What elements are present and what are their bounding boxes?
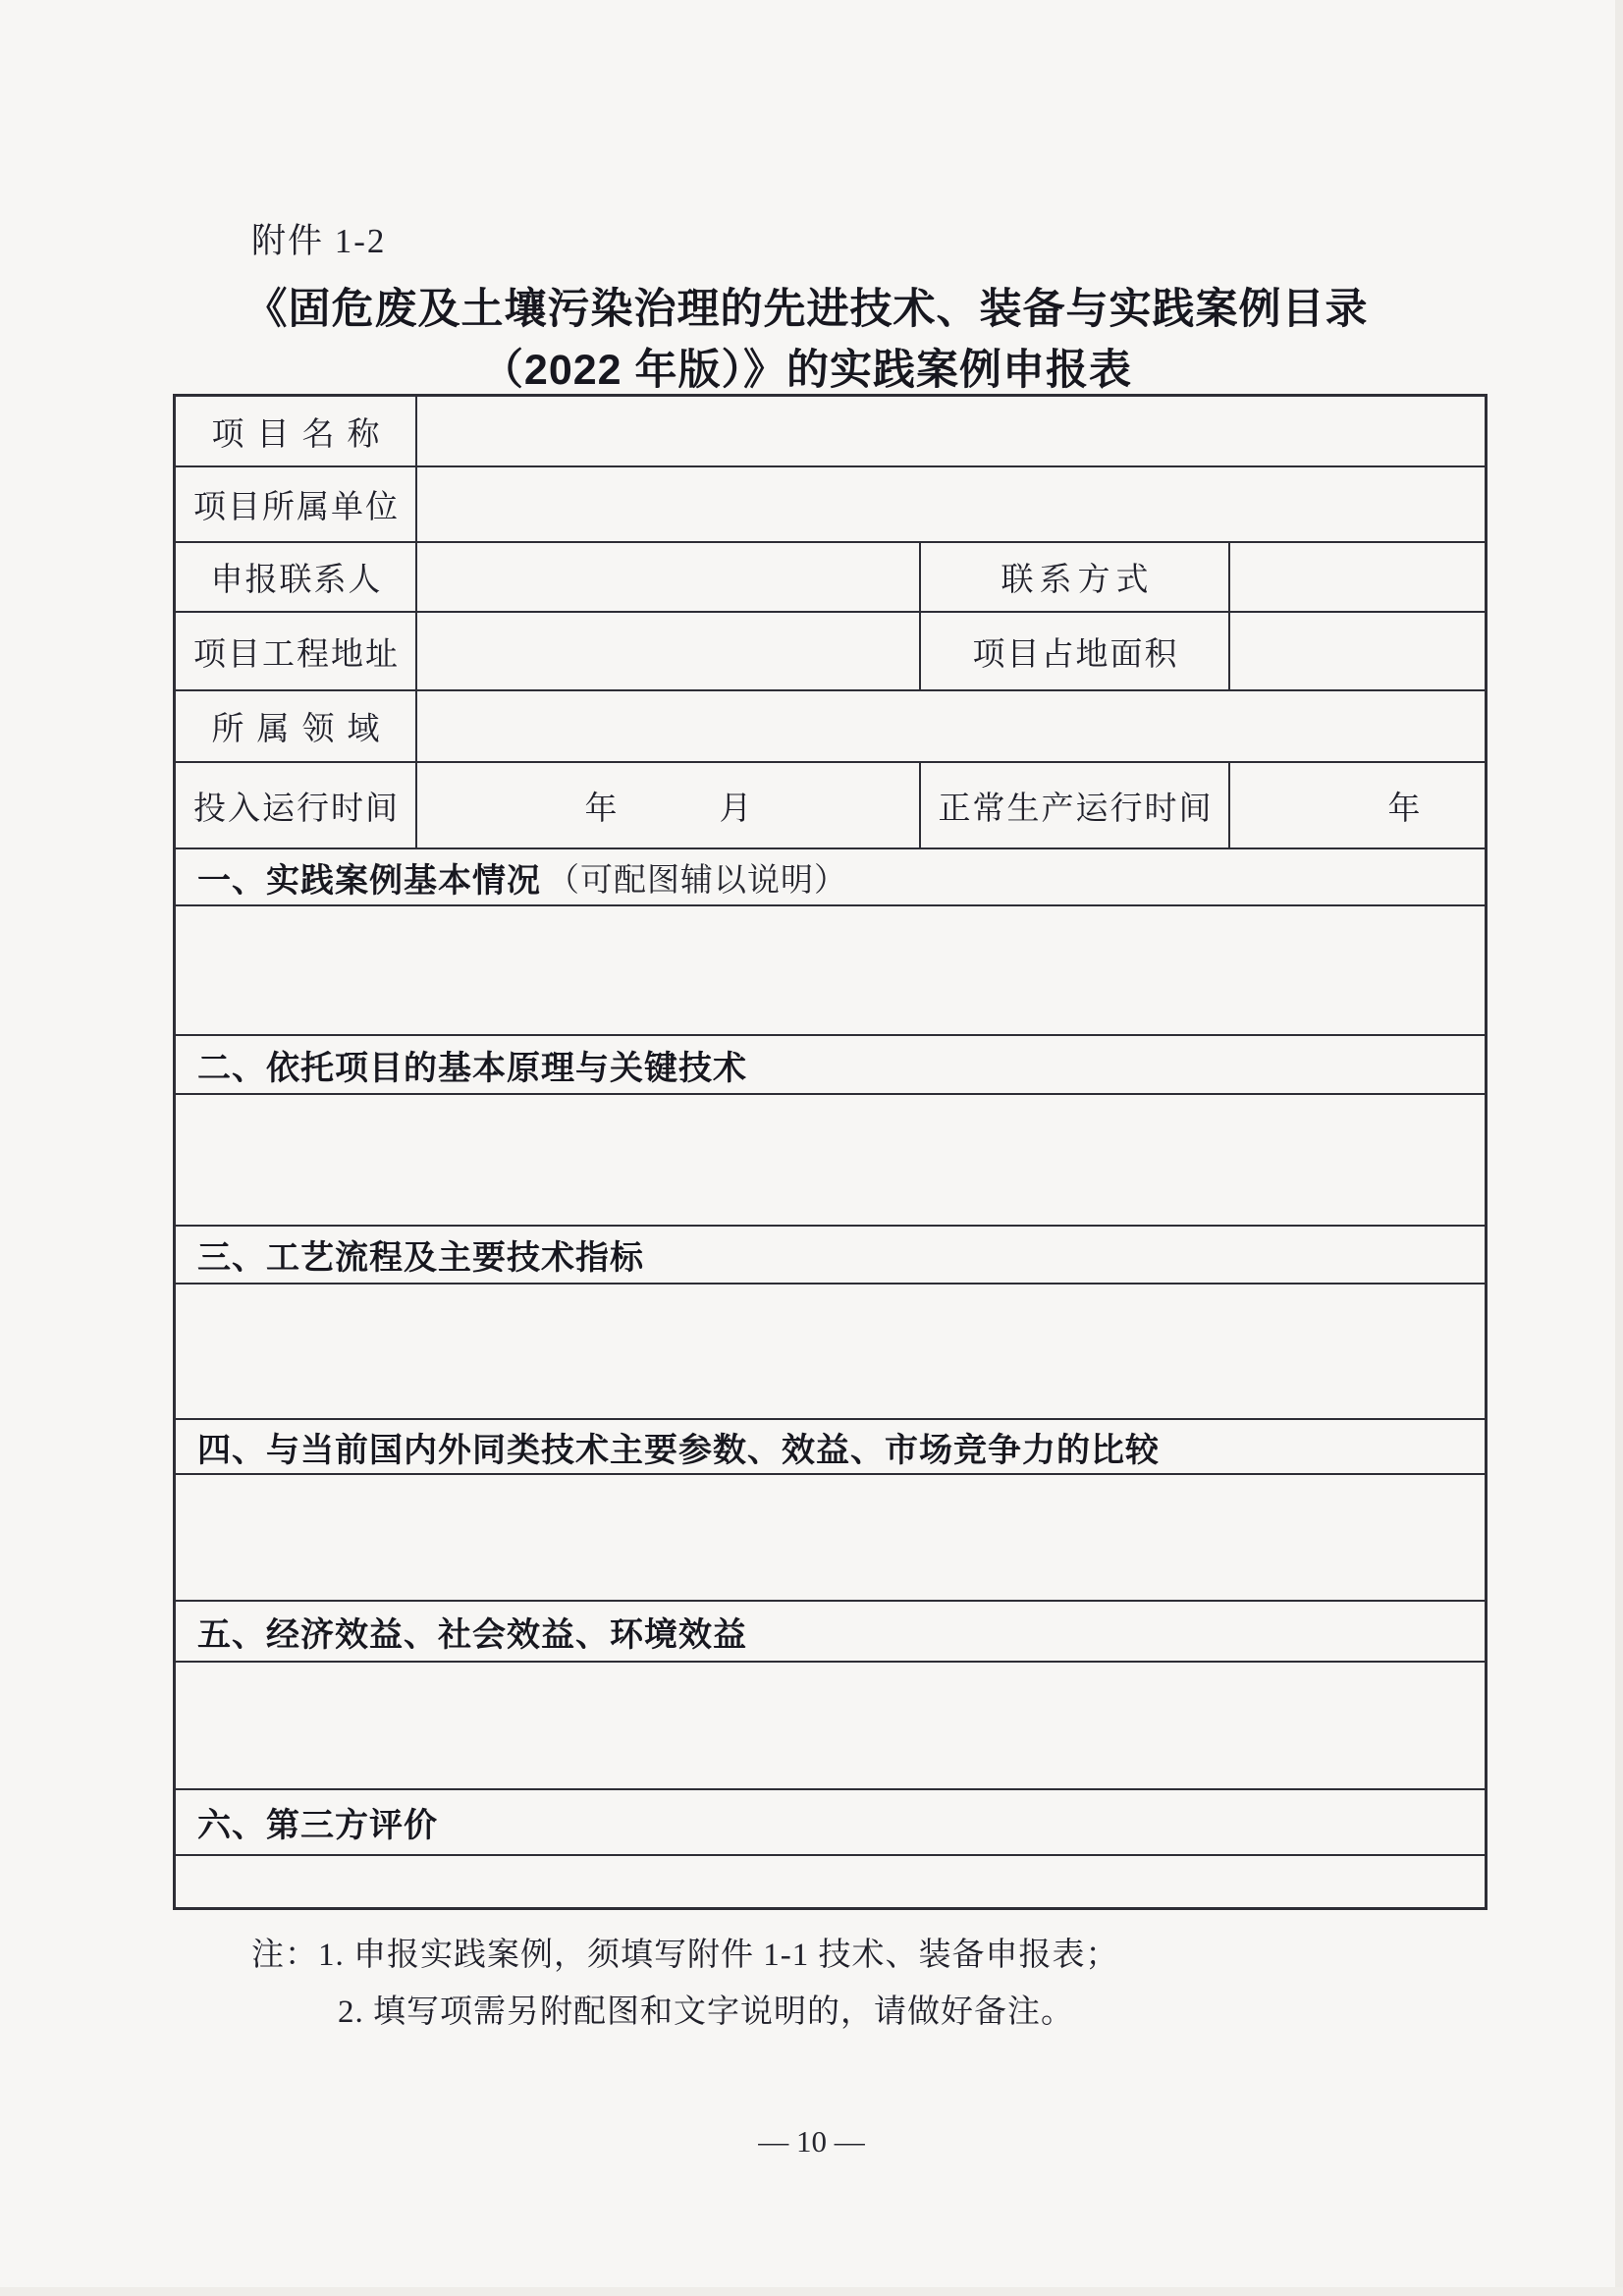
section-1-heading-note: （可配图辅以说明） <box>547 854 847 901</box>
page-number: — 10 — <box>0 2124 1623 2159</box>
project-name-field <box>417 397 1485 465</box>
scan-edge-bottom-artifact <box>0 2287 1623 2296</box>
normal-operation-label: 正常生产运行时间 <box>921 763 1230 847</box>
form-row-operation-time: 投入运行时间 年 月 正常生产运行时间 年 <box>176 763 1485 849</box>
project-address-label: 项目工程地址 <box>176 613 417 689</box>
year-unit-label: 年 <box>585 783 618 829</box>
project-unit-label: 项目所属单位 <box>176 467 417 541</box>
field-category-field <box>417 691 1485 761</box>
section-6-body-row <box>176 1856 1485 1907</box>
form-row-field-category: 所属领域 <box>176 691 1485 763</box>
footnote-line-2: 2. 填写项需另附配图和文字说明的，请做好备注。 <box>251 1984 1119 2041</box>
project-name-label: 项目名称 <box>176 397 417 465</box>
attachment-label: 附件 1-2 <box>251 214 386 263</box>
document-title: 《固危废及土壤污染治理的先进技术、装备与实践案例目录 （2022 年版）》的实践… <box>0 279 1613 401</box>
contact-person-label: 申报联系人 <box>176 543 417 611</box>
land-area-label: 项目占地面积 <box>921 613 1230 689</box>
operation-start-field: 年 月 <box>417 763 921 847</box>
section-3-heading-text: 三、工艺流程及主要技术指标 <box>197 1230 644 1279</box>
section-3-heading-row: 三、工艺流程及主要技术指标 <box>176 1227 1485 1285</box>
section-1-heading-row: 一、实践案例基本情况 （可配图辅以说明） <box>176 849 1485 906</box>
section-3-body-row <box>176 1285 1485 1420</box>
scanned-document-page: 附件 1-2 《固危废及土壤污染治理的先进技术、装备与实践案例目录 （2022 … <box>0 0 1623 2296</box>
section-5-heading-row: 五、经济效益、社会效益、环境效益 <box>176 1602 1485 1663</box>
section-1-body-row <box>176 906 1485 1036</box>
section-4-body-row <box>176 1475 1485 1602</box>
form-row-project-unit: 项目所属单位 <box>176 467 1485 543</box>
section-2-body <box>176 1095 1485 1225</box>
footnote-line-1: 注：1. 申报实践案例，须填写附件 1-1 技术、装备申报表； <box>251 1927 1119 1984</box>
scan-edge-right-artifact <box>1615 0 1623 2296</box>
section-2-body-row <box>176 1095 1485 1227</box>
section-6-heading-row: 六、第三方评价 <box>176 1790 1485 1856</box>
section-5-heading: 五、经济效益、社会效益、环境效益 <box>176 1602 1485 1661</box>
section-2-heading-text: 二、依托项目的基本原理与关键技术 <box>197 1041 747 1089</box>
section-1-body <box>176 906 1485 1034</box>
section-5-heading-text: 五、经济效益、社会效益、环境效益 <box>197 1608 747 1656</box>
land-area-field <box>1230 613 1485 689</box>
section-3-body <box>176 1285 1485 1418</box>
form-row-project-name: 项目名称 <box>176 397 1485 467</box>
contact-method-label: 联系方式 <box>921 543 1230 611</box>
section-5-body-row <box>176 1663 1485 1790</box>
section-4-heading-row: 四、与当前国内外同类技术主要参数、效益、市场竞争力的比较 <box>176 1420 1485 1475</box>
section-1-heading: 一、实践案例基本情况 （可配图辅以说明） <box>176 849 1485 904</box>
section-6-heading-text: 六、第三方评价 <box>197 1798 438 1846</box>
title-line-1: 《固危废及土壤污染治理的先进技术、装备与实践案例目录 <box>0 279 1613 340</box>
contact-person-field <box>417 543 921 611</box>
section-2-heading-row: 二、依托项目的基本原理与关键技术 <box>176 1036 1485 1095</box>
title-line-2: （2022 年版）》的实践案例申报表 <box>0 340 1613 401</box>
section-2-heading: 二、依托项目的基本原理与关键技术 <box>176 1036 1485 1093</box>
project-unit-field <box>417 467 1485 541</box>
normal-operation-field: 年 <box>1230 763 1485 847</box>
contact-method-field <box>1230 543 1485 611</box>
form-row-address: 项目工程地址 项目占地面积 <box>176 613 1485 691</box>
section-3-heading: 三、工艺流程及主要技术指标 <box>176 1227 1485 1283</box>
section-4-heading: 四、与当前国内外同类技术主要参数、效益、市场竞争力的比较 <box>176 1420 1485 1473</box>
section-5-body <box>176 1663 1485 1788</box>
month-unit-label: 月 <box>720 783 752 829</box>
section-4-body <box>176 1475 1485 1600</box>
operation-start-label: 投入运行时间 <box>176 763 417 847</box>
section-1-heading-text: 一、实践案例基本情况 <box>197 853 541 902</box>
application-form-table: 项目名称 项目所属单位 申报联系人 联系方式 项目工程地址 项目占地面积 所属领… <box>173 394 1488 1910</box>
footnotes: 注：1. 申报实践案例，须填写附件 1-1 技术、装备申报表； 2. 填写项需另… <box>251 1927 1119 2041</box>
section-6-body <box>176 1856 1485 1907</box>
section-6-heading: 六、第三方评价 <box>176 1790 1485 1854</box>
field-category-label: 所属领域 <box>176 691 417 761</box>
project-address-field <box>417 613 921 689</box>
section-4-heading-text: 四、与当前国内外同类技术主要参数、效益、市场竞争力的比较 <box>197 1423 1160 1471</box>
form-row-contact: 申报联系人 联系方式 <box>176 543 1485 613</box>
